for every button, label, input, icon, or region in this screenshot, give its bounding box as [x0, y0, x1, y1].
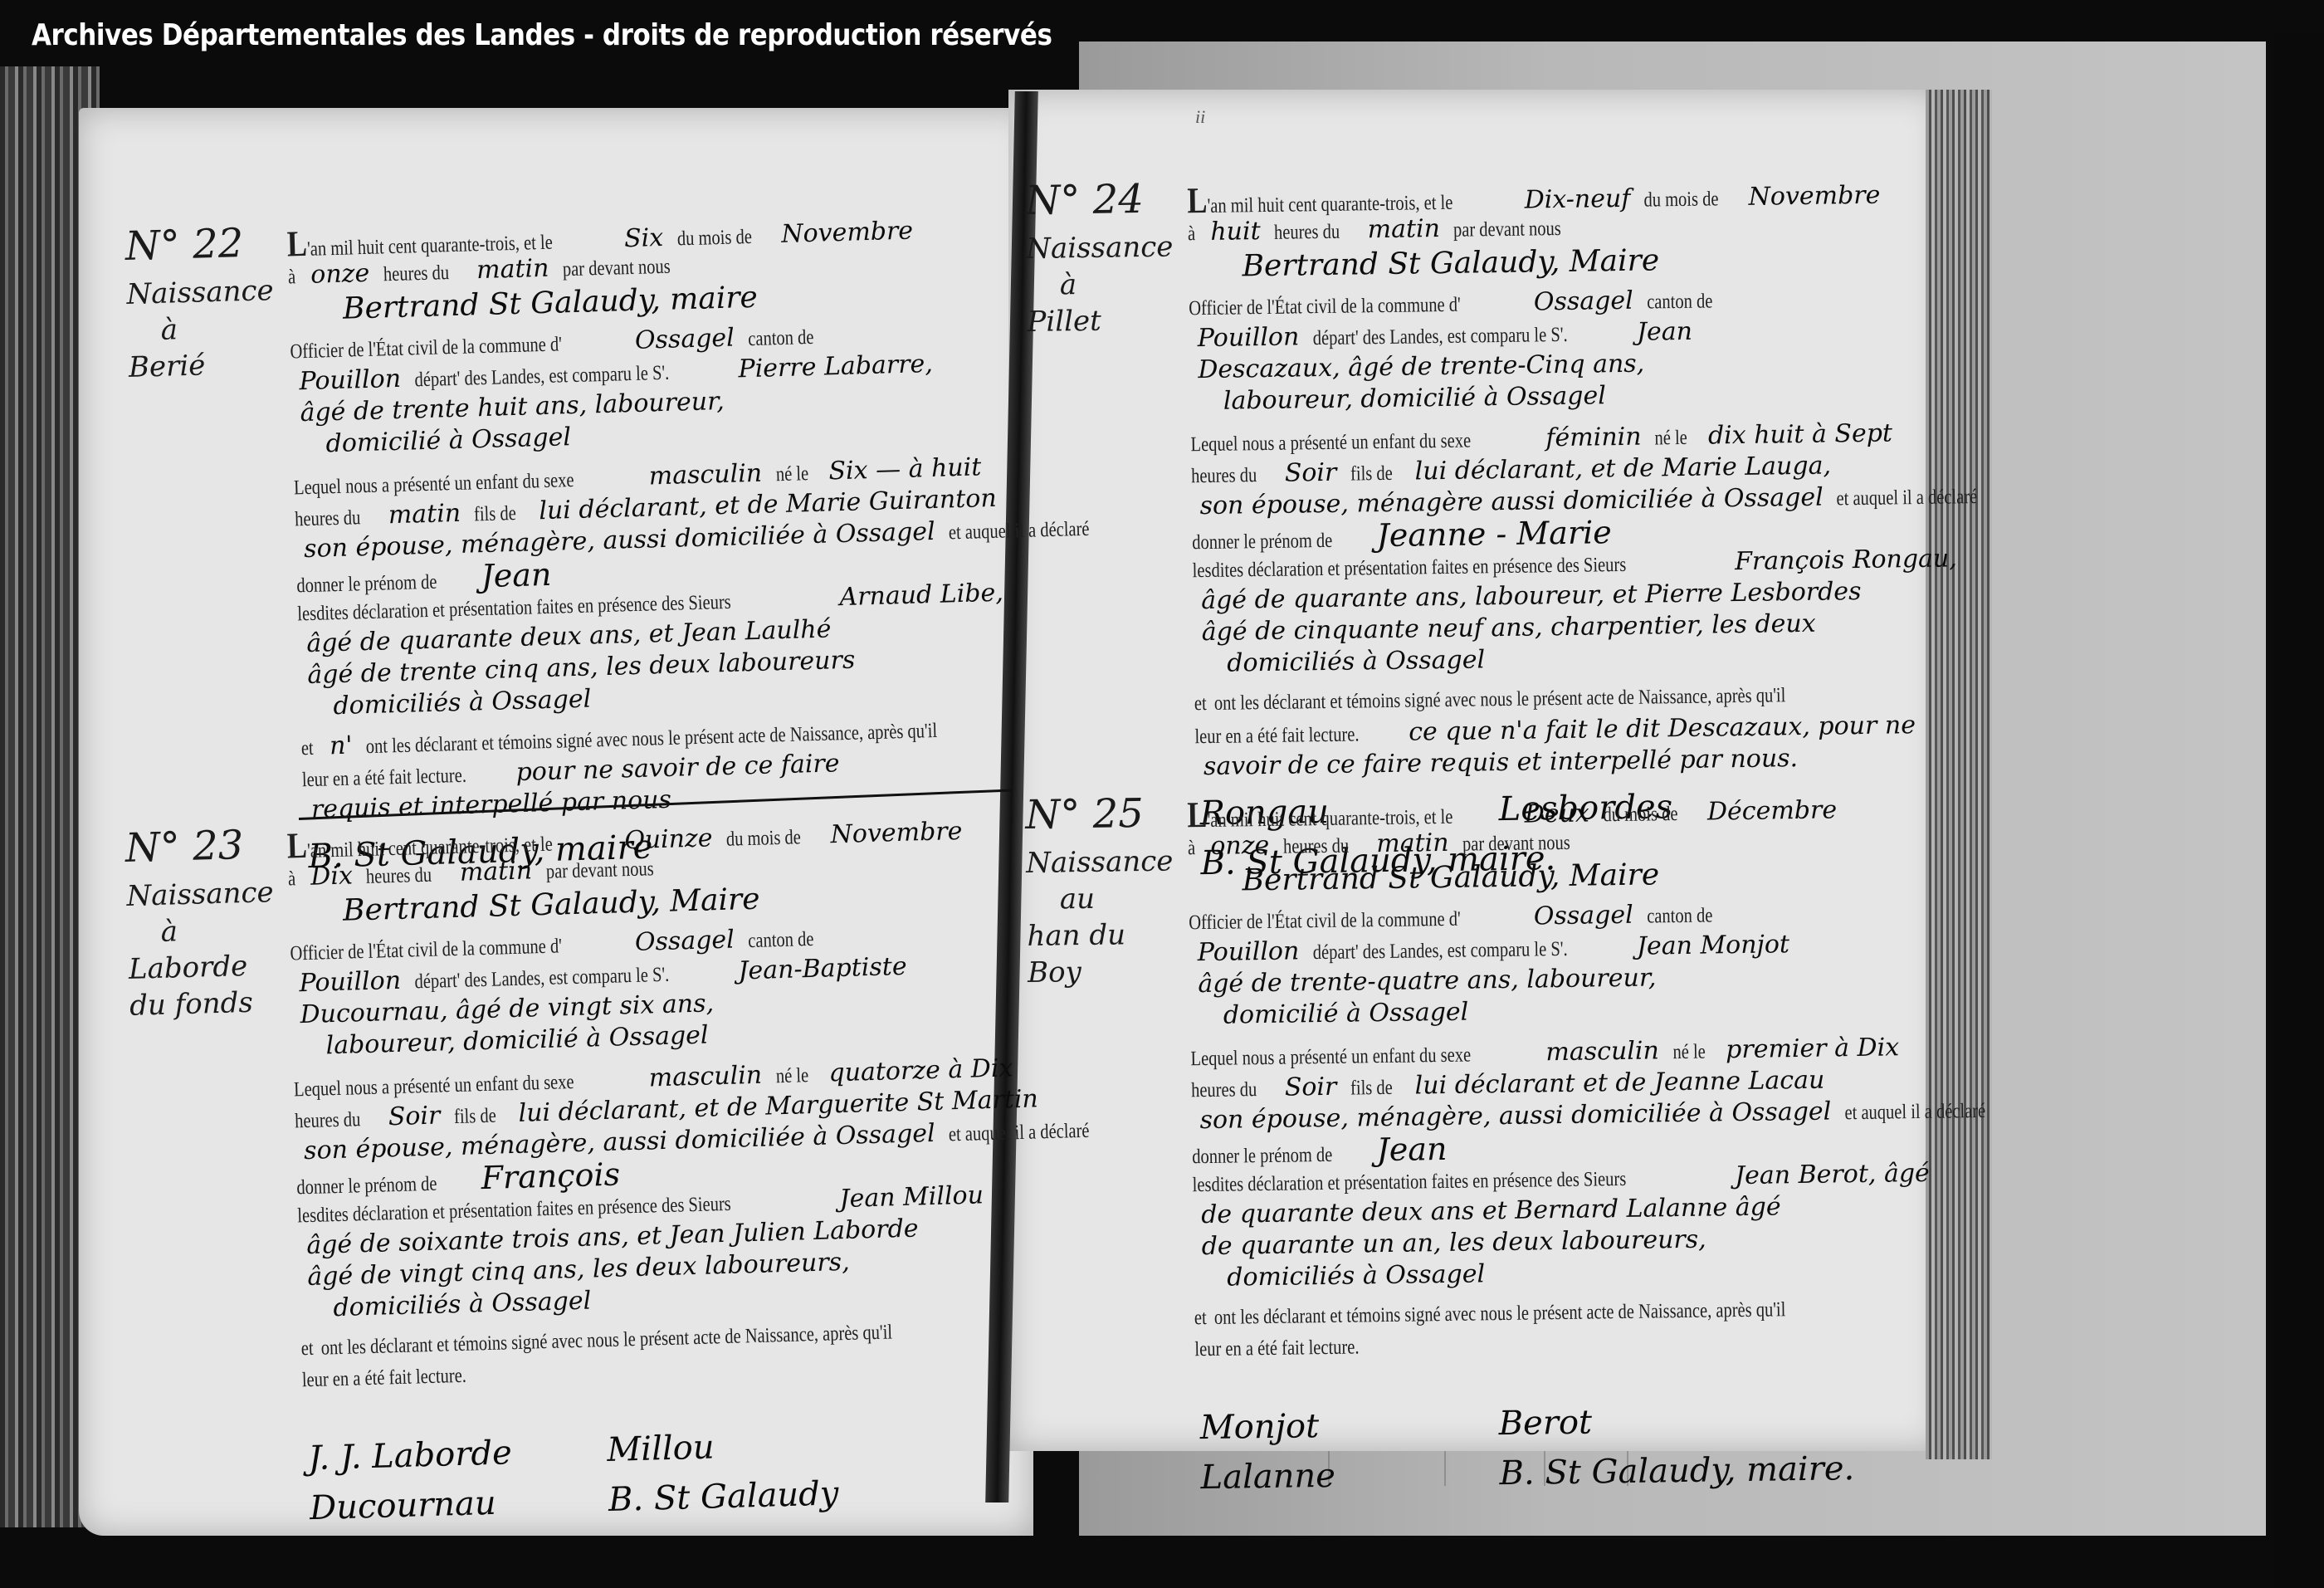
folio-mark: ii	[1195, 106, 1205, 128]
printed-text: heures du	[366, 863, 432, 890]
printed-text: canton de	[748, 325, 814, 352]
handwritten-firstname: Jean	[481, 556, 552, 594]
handwritten-witnesses: Arnaud Libe,	[839, 579, 1003, 612]
margin-line: Naissance	[126, 272, 274, 313]
handwritten-birthdate: Six — à huit	[828, 452, 982, 486]
printed-text: heures du	[295, 1107, 361, 1134]
printed-text: du mois de	[1603, 802, 1677, 828]
handwritten-day: Dix-neuf	[1524, 184, 1630, 215]
officer-line: Bertrand St Galaudy, Maire	[1233, 248, 1667, 282]
handwritten-hour: Dix	[310, 861, 354, 891]
handwritten-canton: Pouillon	[1198, 322, 1300, 353]
handwritten-text: laboureur, domicilié à Ossagel	[1223, 381, 1606, 415]
printed-text: né le	[1655, 426, 1688, 452]
signature: B. St Galaudy	[608, 1474, 839, 1519]
record-number: N° 24	[1025, 181, 1173, 219]
printed-text: né le	[775, 1063, 808, 1089]
margin-line: Pillet	[1027, 302, 1174, 340]
hour-line: à onze heures du matin par devant nous	[1188, 828, 1594, 861]
handwritten-birth-period: matin	[388, 499, 461, 530]
margin-line: au	[1027, 880, 1174, 918]
handwritten-hour: huit	[1210, 217, 1261, 247]
handwritten-birth-period: Soir	[1285, 458, 1337, 488]
printed-text: et auquel il a déclaré	[948, 517, 1089, 546]
margin-line: Boy	[1028, 953, 1175, 991]
handwritten-sex: féminin	[1545, 423, 1642, 453]
printed-text: à	[1188, 836, 1196, 861]
handwritten-birthdate: quatorze à Dix	[828, 1053, 1013, 1087]
handwritten-birth-period: Soir	[388, 1102, 441, 1132]
firstname-line: donner le prénom de Jeanne - Marie	[1192, 520, 1620, 555]
officer-line: Bertrand St Galaudy, Maire	[1233, 862, 1667, 897]
handwritten-parents: lui déclarant, et de Marie Lauga,	[1414, 451, 1831, 486]
printed-text: à	[288, 867, 296, 892]
printed-text: donner le prénom de	[1192, 529, 1332, 555]
signature: Millou	[607, 1428, 715, 1469]
archive-watermark: Archives Départementales des Landes - dr…	[32, 18, 1052, 52]
printed-text: Lequel nous a présenté un enfant du sexe	[1190, 1043, 1471, 1073]
printed-text: heures du	[1191, 1077, 1257, 1103]
witnesses-line-4: domiciliés à Ossagel	[1218, 1262, 1493, 1292]
printed-text: heures du	[1274, 220, 1340, 246]
handwritten-officer: Bertrand St Galaudy, Maire	[1242, 243, 1659, 283]
margin-line: Laborde	[128, 947, 276, 988]
handwritten-commune: Ossagel	[634, 926, 735, 957]
reading-clause: leur en a été fait lecture.	[1194, 1335, 1395, 1362]
handwritten-canton: Pouillon	[299, 364, 401, 396]
margin-line: Naissance	[126, 874, 274, 915]
handwritten-canton: Pouillon	[1198, 936, 1300, 967]
printed-text: du mois de	[1643, 187, 1718, 213]
handwritten-month: Novembre	[1748, 181, 1880, 212]
handwritten-parents: lui déclarant et de Jeanne Lacau	[1414, 1066, 1824, 1101]
printed-text: du mois de	[725, 825, 801, 853]
printed-text: et auquel il a déclaré	[948, 1119, 1089, 1148]
printed-text: fils de	[453, 1104, 496, 1130]
printed-text: canton de	[748, 927, 814, 954]
printed-text: leur en a été fait lecture.	[301, 1364, 466, 1394]
signature: Ducournau	[310, 1484, 497, 1527]
printed-text: par devant nous	[1462, 831, 1570, 858]
printed-text: et auquel il a déclaré	[1844, 1099, 1985, 1126]
handwritten-commune: Ossagel	[1534, 901, 1633, 931]
handwritten-hour: onze	[310, 259, 370, 290]
printed-text: par devant nous	[562, 255, 671, 283]
printed-text: donner le prénom de	[296, 1172, 437, 1201]
printed-text: par devant nous	[545, 857, 654, 885]
handwritten-text: domiciliés à Ossagel	[1227, 645, 1485, 677]
printed-text: Officier de l'État civil de la commune d…	[1189, 907, 1461, 936]
handwritten-commune: Ossagel	[634, 324, 735, 355]
margin-line: du fonds	[129, 984, 277, 1024]
printed-text: heures du	[295, 506, 361, 532]
printed-text: né le	[1672, 1040, 1706, 1066]
handwritten-firstname: Jeanne - Marie	[1376, 514, 1612, 554]
printed-text: Lequel nous a présenté un enfant du sexe	[1190, 429, 1471, 458]
printed-text: leur en a été fait lecture.	[1194, 1335, 1359, 1362]
record-number: N° 22	[124, 224, 272, 265]
printed-text: à	[1188, 222, 1196, 247]
printed-text: donner le prénom de	[1192, 1143, 1332, 1170]
handwritten-officer: Bertrand St Galaudy, Maire	[1242, 858, 1659, 897]
handwritten-month: Décembre	[1707, 795, 1838, 826]
margin-line: han du	[1027, 916, 1174, 955]
handwritten-declarant: Pierre Labarre,	[738, 349, 933, 384]
margin-annotation: N° 23 Naissance à Laborde du fonds	[124, 826, 277, 1024]
firstname-line: donner le prénom de Jean	[1192, 1136, 1456, 1170]
record-number: N° 23	[124, 826, 272, 867]
printed-text: à	[288, 265, 296, 290]
declarant-line-3: domicilié à Ossagel	[1215, 999, 1477, 1029]
printed-text: et	[300, 736, 314, 761]
drop-cap: L	[286, 223, 307, 265]
handwritten-sex: masculin	[1545, 1036, 1659, 1067]
handwritten-birthdate: dix huit à Sept	[1708, 418, 1893, 450]
handwritten-declarant: Jean-Baptiste	[738, 952, 907, 986]
margin-line: à	[127, 309, 275, 349]
handwritten-declarant: Jean	[1637, 317, 1692, 347]
signature: Berot	[1498, 1404, 1592, 1444]
drop-cap: L	[1187, 794, 1208, 835]
printed-text: canton de	[1647, 903, 1713, 929]
signature: Monjot	[1199, 1407, 1319, 1447]
printed-text: du mois de	[676, 225, 752, 252]
printed-text: et	[1194, 1306, 1207, 1331]
handwritten-commune: Ossagel	[1534, 286, 1633, 317]
handwritten-text: domicilié à Ossagel	[1223, 998, 1469, 1030]
drop-cap: L	[1187, 180, 1208, 221]
hour-line: à huit heures du matin par devant nous	[1188, 215, 1585, 247]
printed-text: Officier de l'État civil de la commune d…	[1189, 293, 1461, 322]
declarant-line-3: laboureur, domicilié à Ossagel	[1215, 384, 1614, 416]
signature: J. J. Laborde	[308, 1434, 512, 1478]
printed-text: né le	[775, 462, 808, 487]
margin-line: Naissance	[1026, 843, 1174, 882]
handwritten-hour: onze	[1210, 831, 1269, 861]
printed-text: départ' des Landes, est comparu le S'.	[1312, 937, 1567, 965]
handwritten-period: matin	[476, 254, 549, 285]
handwritten-witnesses: Jean Millou	[839, 1180, 984, 1214]
handwritten-birthdate: premier à Dix	[1726, 1033, 1899, 1064]
printed-text: et	[300, 1336, 314, 1361]
margin-annotation: N° 24 Naissance à Pillet	[1025, 181, 1174, 340]
margin-annotation: N° 22 Naissance à Berié	[124, 224, 276, 386]
handwritten-day: Quinze	[624, 823, 713, 855]
printed-text: départ' des Landes, est comparu le S'.	[1312, 323, 1567, 351]
handwritten-prefix: n'	[330, 731, 354, 761]
handwritten-sex: masculin	[648, 1061, 762, 1093]
witnesses-line-4: domiciliés à Ossagel	[1218, 647, 1493, 678]
handwritten-canton: Pouillon	[299, 966, 401, 998]
printed-text: heures du	[1282, 834, 1349, 860]
printed-text: canton de	[1647, 289, 1713, 315]
handwritten-period: matin	[1367, 214, 1440, 244]
drop-cap: L	[286, 825, 307, 867]
handwritten-period: matin	[459, 856, 532, 887]
handwritten-birth-period: Soir	[1285, 1073, 1337, 1102]
handwritten-witnesses: Jean Berot, âgé	[1735, 1159, 1930, 1190]
printed-text: fils de	[1350, 1076, 1392, 1102]
page-stack-edges	[1926, 90, 1992, 1459]
printed-text: donner le prénom de	[296, 570, 437, 599]
printed-text: heures du	[1191, 463, 1257, 489]
signature: Lalanne	[1200, 1457, 1335, 1497]
printed-text: et auquel il a déclaré	[1837, 485, 1978, 511]
handwritten-firstname: Jean	[1376, 1131, 1447, 1168]
handwritten-firstname: François	[481, 1156, 621, 1197]
printed-text: leur en a été fait lecture.	[1194, 722, 1359, 750]
printed-text: fils de	[1350, 462, 1392, 487]
signature: B. St Galaudy, maire.	[1499, 1449, 1854, 1493]
margin-line: à	[1027, 266, 1174, 304]
handwritten-month: Novembre	[830, 817, 963, 849]
handwritten-text: domiciliés à Ossagel	[1227, 1259, 1485, 1292]
handwritten-declarant: Jean Monjot	[1637, 930, 1790, 961]
margin-line: à	[127, 911, 275, 951]
margin-annotation: N° 25 Naissance au han du Boy	[1025, 795, 1174, 991]
printed-text: par devant nous	[1453, 217, 1561, 243]
printed-text: heures du	[383, 261, 449, 287]
margin-line: Naissance	[1026, 229, 1174, 267]
margin-line: Berié	[128, 345, 276, 386]
printed-text: leur en a été fait lecture.	[302, 764, 467, 794]
handwritten-month: Novembre	[781, 216, 914, 248]
handwritten-period: matin	[1376, 828, 1449, 858]
firstname-line: donner le prénom de Jean	[296, 562, 560, 599]
printed-text: fils de	[474, 501, 516, 527]
handwritten-day: Six	[624, 223, 664, 253]
printed-text: et	[1194, 691, 1207, 716]
handwritten-witnesses: François Rongau,	[1735, 544, 1957, 576]
handwritten-day: Deux	[1524, 799, 1589, 829]
dark-border	[2274, 33, 2324, 1588]
handwritten-sex: masculin	[648, 459, 762, 491]
record-number: N° 25	[1025, 795, 1173, 833]
